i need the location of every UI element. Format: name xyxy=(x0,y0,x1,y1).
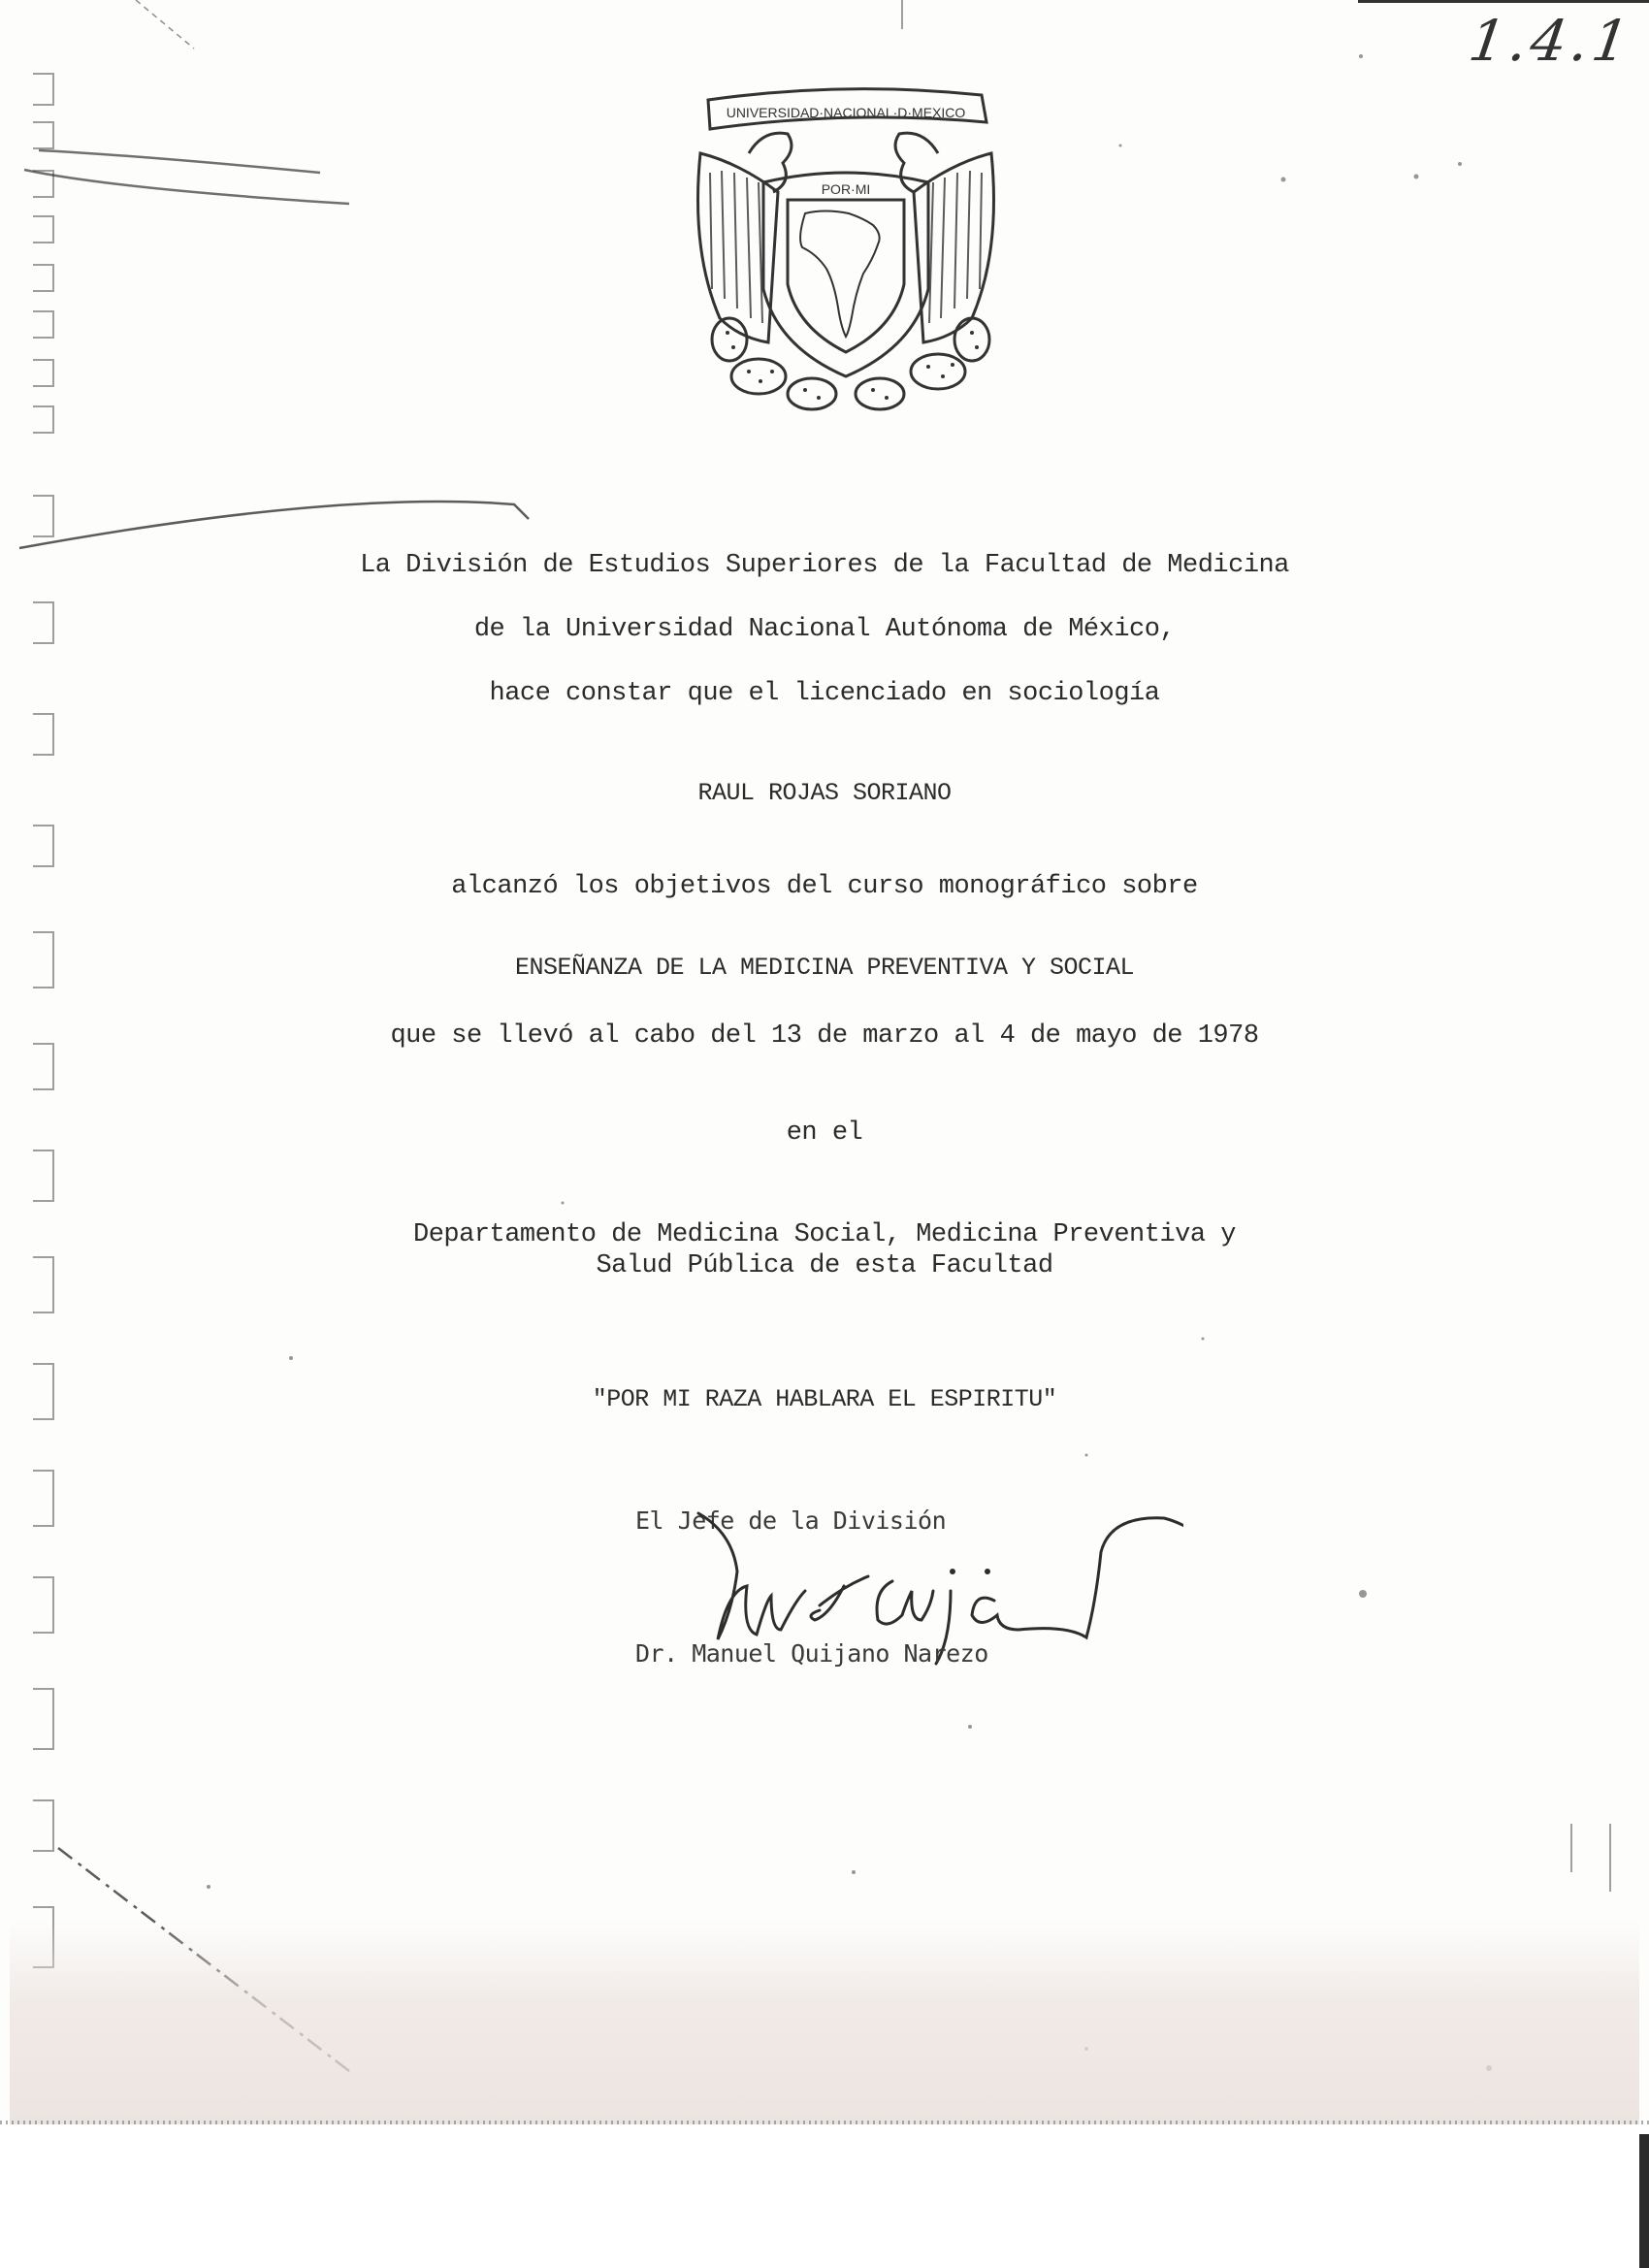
seal-motto-top: POR·MI xyxy=(822,181,871,197)
course-date-line: que se llevó al cabo del 13 de marzo al … xyxy=(0,1021,1649,1051)
certificate-line-3: hace constar que el licenciado en sociol… xyxy=(0,679,1649,708)
department-line-2: Salud Pública de esta Facultad xyxy=(0,1251,1649,1280)
achievement-line: alcanzó los objetivos del curso monográf… xyxy=(0,872,1649,901)
scanned-certificate-page: 1.4.1 UNIVERSI xyxy=(0,0,1649,2268)
scan-edge-right xyxy=(1639,2134,1649,2268)
certificate-line-2: de la Universidad Nacional Autónoma de M… xyxy=(0,615,1649,644)
seal-banner-text: UNIVERSIDAD·NACIONAL·D·MEXICO xyxy=(727,105,966,120)
recipient-name: RAUL ROJAS SORIANO xyxy=(0,779,1649,807)
scanner-bed xyxy=(0,2124,1649,2268)
signatory-name: Dr. Manuel Quijano Narezo xyxy=(635,1639,1217,1668)
unam-seal-icon: UNIVERSIDAD·NACIONAL·D·MEXICO POR·MI xyxy=(691,85,1001,415)
scan-shadow xyxy=(10,1921,1639,2124)
university-motto: "POR MI RAZA HABLARA EL ESPIRITU" xyxy=(0,1385,1649,1413)
certificate-line-1: La División de Estudios Superiores de la… xyxy=(0,551,1649,580)
course-title: ENSEÑANZA DE LA MEDICINA PREVENTIVA Y SO… xyxy=(0,954,1649,982)
department-line-1: Departamento de Medicina Social, Medicin… xyxy=(0,1220,1649,1249)
location-intro: en el xyxy=(0,1118,1649,1148)
